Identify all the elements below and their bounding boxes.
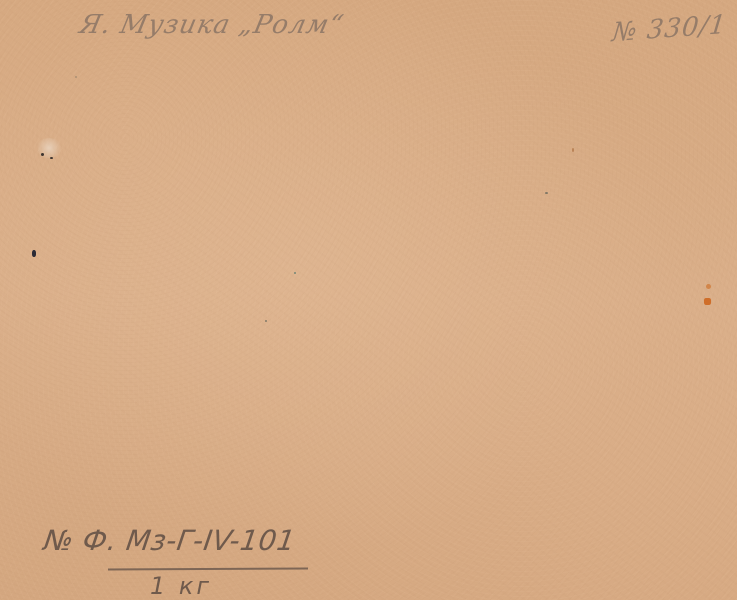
paper-sheet: Я. Музика „Ролм“ № 330/1 № Ф. Мз-Г-IV-10…: [0, 0, 737, 600]
fraction-rule: [108, 567, 308, 570]
dirt-speck: [41, 153, 44, 156]
author-title-inscription: Я. Музика „Ролм“: [77, 10, 347, 40]
orange-paint-spot: [706, 284, 711, 289]
paper-speck: [294, 272, 296, 274]
white-stain-mark: [36, 138, 62, 158]
dark-ink-dot: [32, 250, 36, 257]
catalog-weight: 1 кг: [150, 572, 212, 600]
paper-speck: [545, 192, 548, 194]
paper-speck: [265, 320, 267, 322]
catalog-number: № Ф. Мз-Г-IV-101: [42, 524, 327, 557]
orange-paint-spot: [704, 298, 711, 305]
dirt-speck: [50, 157, 53, 159]
paper-grain-texture: [0, 0, 737, 600]
inventory-number-inscription: № 330/1: [611, 10, 729, 48]
catalog-annotation: № Ф. Мз-Г-IV-101 1 кг: [44, 524, 324, 557]
paper-speck: [572, 148, 574, 152]
paper-speck: [75, 76, 77, 78]
